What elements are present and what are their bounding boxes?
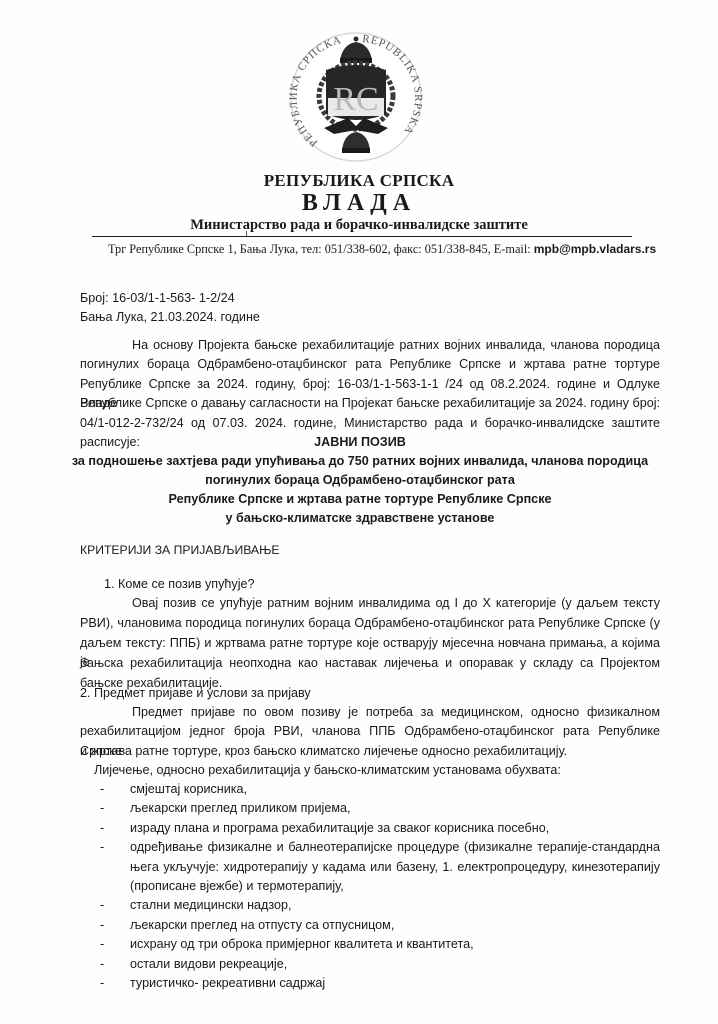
reference-number: Број: 16-03/1-1-563- 1-2/24 xyxy=(80,289,235,308)
header-republic: РЕПУБЛИКА СРПСКА xyxy=(0,171,718,191)
public-call-subtitle: у бањско-климатске здравствене установе xyxy=(60,509,660,528)
dash-bullet-icon: - xyxy=(100,819,104,838)
service-text: исхрану од три оброка примјерног квалите… xyxy=(130,935,660,954)
scan-mark xyxy=(246,231,247,236)
intro-line: погинулих бораца Одбрамбено-отаџбинског … xyxy=(80,355,660,374)
service-text-line: смјештај корисника, xyxy=(130,782,247,796)
logo-monogram: RC xyxy=(333,81,378,118)
dash-bullet-icon: - xyxy=(100,916,104,935)
service-text: туристичко- рекреативни садржај xyxy=(130,974,660,993)
public-call-title: ЈАВНИ ПОЗИВ xyxy=(60,433,660,452)
header-address: Трг Републике Српске 1, Бања Лука, тел: … xyxy=(108,242,656,257)
service-text-line: израду плана и програма рехабилитације з… xyxy=(130,821,549,835)
dash-bullet-icon: - xyxy=(100,935,104,954)
service-list-item: -љекарски преглед на отпусту са отпусниц… xyxy=(100,916,660,935)
criteria-heading: КРИТЕРИЈИ ЗА ПРИЈАВЉИВАЊЕ xyxy=(80,541,280,560)
service-text-line: стални медицински надзор, xyxy=(130,898,292,912)
service-text: одређивање физикалне и балнеотерапијске … xyxy=(130,838,660,896)
service-text-line: љекарски преглед на отпусту са отпусницо… xyxy=(130,918,394,932)
service-text: љекарски преглед на отпусту са отпусницо… xyxy=(130,916,660,935)
service-text-line: љекарски преглед приликом пријема, xyxy=(130,801,351,815)
document-page: РЕПУБЛИКА СРПСКА REPUBLIKA SRPSKA RC РЕП… xyxy=(0,0,718,1024)
section-1-line: бањска рехабилитација неопходна као наст… xyxy=(80,654,660,674)
section-2-line: Предмет пријаве по овом позиву је потреб… xyxy=(80,703,660,722)
service-list-item: -туристичко- рекреативни садржај xyxy=(100,974,660,993)
dash-bullet-icon: - xyxy=(100,896,104,915)
coat-of-arms-logo: РЕПУБЛИКА СРПСКА REPUBLIKA SRPSKA RC xyxy=(288,30,424,164)
service-text: смјештај корисника, xyxy=(130,780,660,799)
service-list-item: -остали видови рекреације, xyxy=(100,955,660,974)
header-government: ВЛАДА xyxy=(0,190,718,217)
section-1-heading: Коме се позив упућује? xyxy=(118,575,255,594)
service-text: стални медицински надзор, xyxy=(130,896,660,915)
service-text-line: његa укључује: хидротерапију у кадама ил… xyxy=(130,858,660,877)
republika-srpska-coat-of-arms-icon: РЕПУБЛИКА СРПСКА REPUBLIKA SRPSKA RC xyxy=(288,30,424,164)
service-text-line: остали видови рекреације, xyxy=(130,957,287,971)
header-divider xyxy=(92,236,632,237)
public-call-subtitle: Републике Српске и жртава ратне тортуре … xyxy=(60,490,660,509)
service-list-item: -љекарски преглед приликом пријема, xyxy=(100,799,660,818)
section-2-line: рехабилитацијом једног броја РВИ, чланов… xyxy=(80,722,660,741)
intro-line: Републике Српске о давању сагласности на… xyxy=(80,394,660,413)
address-text: Трг Републике Српске 1, Бања Лука, тел: … xyxy=(108,242,534,256)
section-1-number: 1. xyxy=(104,575,115,594)
section-1-paragraph: Овај позив се упућује ратним војним инва… xyxy=(80,594,660,694)
section-1-line: РВИ), члановима породица погинулих борац… xyxy=(80,614,660,634)
section-2-line: и жртава ратне тортуре, кроз бањско клим… xyxy=(80,742,660,761)
section-1-line: Овај позив се упућује ратним војним инва… xyxy=(80,594,660,614)
email-link[interactable]: mpb@mpb.vladars.rs xyxy=(534,242,656,256)
dash-bullet-icon: - xyxy=(100,838,104,857)
service-list-item: -израду плана и програма рехабилитације … xyxy=(100,819,660,838)
place-date: Бања Лука, 21.03.2024. године xyxy=(80,308,260,327)
dash-bullet-icon: - xyxy=(100,799,104,818)
service-text-line: туристичко- рекреативни садржај xyxy=(130,976,325,990)
service-text-line: (прописане вјежбе) и термотерапију, xyxy=(130,877,660,896)
services-list: -смјештај корисника,-љекарски преглед пр… xyxy=(100,780,660,993)
intro-line: Републике Српске за 2024. годину, број: … xyxy=(80,375,660,394)
header-ministry: Министарство рада и борачко-инвалидске з… xyxy=(0,217,718,234)
section-2-heading: 2. Предмет пријаве и услови за пријаву xyxy=(80,684,311,703)
intro-line: 04/1-012-2-732/24 од 07.03. 2024. године… xyxy=(80,414,660,433)
section-1-line: даљем тексту: ППБ) и жртвама ратне торту… xyxy=(80,634,660,654)
service-list-item: -стални медицински надзор, xyxy=(100,896,660,915)
intro-line: На основу Пројекта бањске рехабилитације… xyxy=(80,336,660,355)
dash-bullet-icon: - xyxy=(100,780,104,799)
service-text: израду плана и програма рехабилитације з… xyxy=(130,819,660,838)
service-text: љекарски преглед приликом пријема, xyxy=(130,799,660,818)
service-list-item: -одређивање физикалне и балнеотерапијске… xyxy=(100,838,660,896)
service-list-item: -смјештај корисника, xyxy=(100,780,660,799)
service-text-line: одређивање физикалне и балнеотерапијске … xyxy=(130,838,660,857)
service-text-line: исхрану од три оброка примјерног квалите… xyxy=(130,937,474,951)
dash-bullet-icon: - xyxy=(100,955,104,974)
public-call-subtitle: погинулих бораца Одбрамбено-отаџбинског … xyxy=(60,471,660,490)
public-call-subtitle: за подношење захтјева ради упућивања до … xyxy=(60,452,660,471)
dash-bullet-icon: - xyxy=(100,974,104,993)
service-list-item: -исхрану од три оброка примјерног квалит… xyxy=(100,935,660,954)
section-2-paragraph: Предмет пријаве по овом позиву је потреб… xyxy=(80,703,660,761)
service-text: остали видови рекреације, xyxy=(130,955,660,974)
section-2-lead: Лијечење, односно рехабилитација у бањск… xyxy=(94,761,561,780)
